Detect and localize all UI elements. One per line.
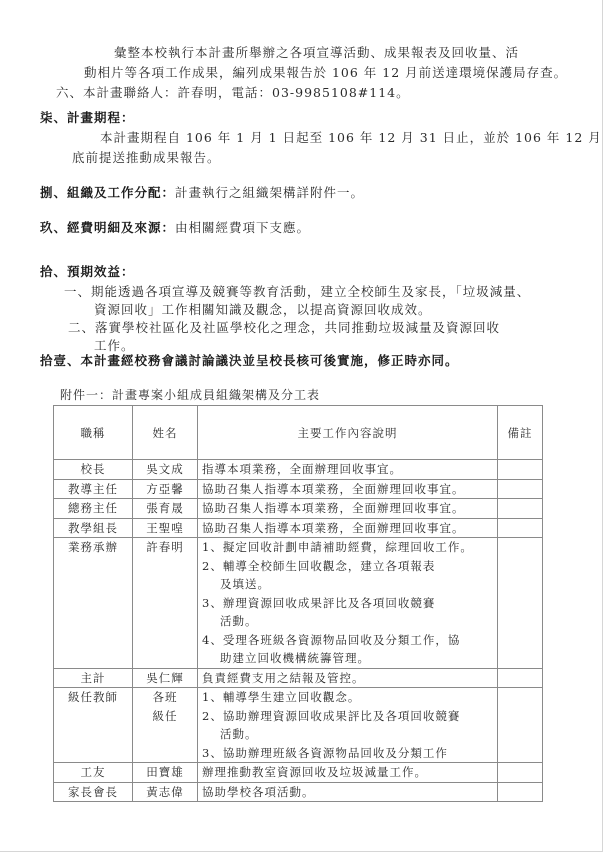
cell-title: 教學組長 bbox=[54, 518, 133, 538]
cell-notes bbox=[498, 518, 543, 538]
section-funding-body: 由相關經費項下支應。 bbox=[175, 220, 310, 235]
duty-line: 活動。 bbox=[202, 725, 493, 744]
duty-line: 2、輔導全校師生回收觀念，建立各項報表 bbox=[202, 557, 493, 576]
title-text: 教導主任 bbox=[58, 480, 128, 499]
duty-line: 負責經費支用之結報及管控。 bbox=[202, 669, 493, 688]
section-schedule-line2: 底前提送推動成果報告。 bbox=[72, 150, 221, 166]
section-approval: 拾壹、本計畫經校務會議討論議決並呈校長核可後實施，修正時亦同。 bbox=[40, 353, 459, 369]
title-text: 教學組長 bbox=[58, 519, 128, 538]
cell-duties: 指導本項業務，全面辦理回收事宜。 bbox=[198, 460, 498, 480]
cell-name: 田寶雄 bbox=[133, 763, 198, 783]
cell-duties: 協助學校各項活動。 bbox=[198, 782, 498, 802]
title-text: 主計 bbox=[58, 669, 128, 688]
section-benefits-heading: 拾、預期效益： bbox=[40, 264, 135, 280]
contact-person: 六、本計畫聯絡人：許春明，電話：03-9985108#114。 bbox=[56, 85, 410, 101]
cell-title: 主計 bbox=[54, 668, 133, 688]
cell-duties: 辦理推動教室資源回收及垃圾減量工作。 bbox=[198, 763, 498, 783]
paragraph-summary-line2: 動相片等各項工作成果，編列成果報告於 106 年 12 月前送達環境保護局存查。 bbox=[84, 65, 567, 81]
table-row: 總務主任張育晟協助召集人指導本項業務，全面辦理回收事宜。 bbox=[54, 499, 543, 519]
duty-line: 4、受理各班級各資源物品回收及分類工作，協 bbox=[202, 631, 493, 650]
cell-duties: 協助召集人指導本項業務，全面辦理回收事宜。 bbox=[198, 518, 498, 538]
document-page: 彙整本校執行本計畫所舉辦之各項宣導活動、成果報表及回收量、活 動相片等各項工作成… bbox=[0, 0, 603, 852]
cell-notes bbox=[498, 763, 543, 783]
duty-line: 1、輔導學生建立回收觀念。 bbox=[202, 688, 493, 707]
duty-line: 助建立回收機構統籌管理。 bbox=[202, 649, 493, 668]
duty-line: 辦理推動教室資源回收及垃圾減量工作。 bbox=[202, 763, 493, 782]
name-text: 級任 bbox=[137, 707, 193, 726]
cell-duties: 協助召集人指導本項業務，全面辦理回收事宜。 bbox=[198, 479, 498, 499]
name-text: 各班 bbox=[137, 688, 193, 707]
cell-name: 各班級任 bbox=[133, 688, 198, 763]
title-text: 工友 bbox=[58, 763, 128, 782]
cell-notes bbox=[498, 668, 543, 688]
cell-duties: 協助召集人指導本項業務，全面辦理回收事宜。 bbox=[198, 499, 498, 519]
organization-table: 職稱 姓名 主要工作內容說明 備註 校長吳文成指導本項業務，全面辦理回收事宜。教… bbox=[53, 405, 543, 802]
cell-notes bbox=[498, 460, 543, 480]
section-organization-body: 計畫執行之組織架構詳附件一。 bbox=[175, 185, 364, 200]
title-text: 級任教師 bbox=[58, 688, 128, 707]
name-text: 許春明 bbox=[137, 538, 193, 557]
cell-duties: 負責經費支用之結報及管控。 bbox=[198, 668, 498, 688]
cell-title: 總務主任 bbox=[54, 499, 133, 519]
cell-title: 業務承辦 bbox=[54, 538, 133, 669]
cell-title: 級任教師 bbox=[54, 688, 133, 763]
duty-line: 3、辦理資源回收成果評比及各項回收競賽 bbox=[202, 594, 493, 613]
section-schedule-line1: 本計畫期程自 106 年 1 月 1 日起至 106 年 12 月 31 日止，… bbox=[100, 130, 602, 146]
cell-notes bbox=[498, 782, 543, 802]
cell-notes bbox=[498, 499, 543, 519]
title-text: 業務承辦 bbox=[58, 538, 128, 557]
section-organization: 捌、組織及工作分配：計畫執行之組織架構詳附件一。 bbox=[40, 185, 364, 201]
name-text: 吳仁輝 bbox=[137, 669, 193, 688]
duty-line: 1、擬定回收計劃申請補助經費，綜理回收工作。 bbox=[202, 538, 493, 557]
duty-line: 協助召集人指導本項業務，全面辦理回收事宜。 bbox=[202, 499, 493, 518]
cell-name: 吳文成 bbox=[133, 460, 198, 480]
header-notes: 備註 bbox=[498, 406, 543, 460]
name-text: 張育晟 bbox=[137, 499, 193, 518]
header-duties: 主要工作內容說明 bbox=[198, 406, 498, 460]
section-funding-heading: 玖、經費明細及來源： bbox=[40, 220, 175, 235]
name-text: 方亞馨 bbox=[137, 480, 193, 499]
paragraph-summary-line1: 彙整本校執行本計畫所舉辦之各項宣導活動、成果報表及回收量、活 bbox=[114, 45, 519, 61]
cell-title: 教導主任 bbox=[54, 479, 133, 499]
title-text: 校長 bbox=[58, 460, 128, 479]
header-name: 姓名 bbox=[133, 406, 198, 460]
section-funding: 玖、經費明細及來源：由相關經費項下支應。 bbox=[40, 220, 310, 236]
cell-name: 許春明 bbox=[133, 538, 198, 669]
table-row: 工友田寶雄辦理推動教室資源回收及垃圾減量工作。 bbox=[54, 763, 543, 783]
cell-title: 校長 bbox=[54, 460, 133, 480]
section-schedule-heading: 柒、計畫期程： bbox=[40, 110, 135, 126]
name-text: 黃志偉 bbox=[137, 783, 193, 802]
cell-title: 工友 bbox=[54, 763, 133, 783]
benefit-item-2-line2: 工作。 bbox=[94, 338, 135, 354]
duty-line: 協助召集人指導本項業務，全面辦理回收事宜。 bbox=[202, 480, 493, 499]
benefit-item-1-line2: 資源回收」工作相關知識及觀念，以提高資源回收成效。 bbox=[94, 302, 432, 318]
benefit-item-2-line1: 二、落實學校社區化及社區學校化之理念，共同推動垃圾減量及資源回收 bbox=[68, 320, 500, 336]
table-row: 級任教師各班級任1、輔導學生建立回收觀念。2、協助辦理資源回收成果評比及各項回收… bbox=[54, 688, 543, 763]
duty-line: 2、協助辦理資源回收成果評比及各項回收競賽 bbox=[202, 707, 493, 726]
cell-duties: 1、輔導學生建立回收觀念。2、協助辦理資源回收成果評比及各項回收競賽活動。3、協… bbox=[198, 688, 498, 763]
cell-duties: 1、擬定回收計劃申請補助經費，綜理回收工作。2、輔導全校師生回收觀念，建立各項報… bbox=[198, 538, 498, 669]
benefit-item-1-line1: 一、期能透過各項宣導及競賽等教育活動，建立全校師生及家長，「垃圾減量、 bbox=[64, 284, 530, 300]
title-text: 家長會長 bbox=[58, 783, 128, 802]
cell-notes bbox=[498, 479, 543, 499]
duty-line: 指導本項業務，全面辦理回收事宜。 bbox=[202, 460, 493, 479]
duty-line: 協助召集人指導本項業務，全面辦理回收事宜。 bbox=[202, 519, 493, 538]
name-text: 王聖喤 bbox=[137, 519, 193, 538]
table-caption: 附件一：計畫專案小組成員組織架構及分工表 bbox=[60, 386, 320, 403]
name-text: 田寶雄 bbox=[137, 763, 193, 782]
table-row: 主計吳仁輝負責經費支用之結報及管控。 bbox=[54, 668, 543, 688]
duty-line: 協助學校各項活動。 bbox=[202, 783, 493, 802]
cell-name: 王聖喤 bbox=[133, 518, 198, 538]
table-header-row: 職稱 姓名 主要工作內容說明 備註 bbox=[54, 406, 543, 460]
name-text: 吳文成 bbox=[137, 460, 193, 479]
cell-notes bbox=[498, 688, 543, 763]
table-row: 教學組長王聖喤協助召集人指導本項業務，全面辦理回收事宜。 bbox=[54, 518, 543, 538]
cell-name: 黃志偉 bbox=[133, 782, 198, 802]
section-organization-heading: 捌、組織及工作分配： bbox=[40, 185, 175, 200]
duty-line: 及填送。 bbox=[202, 575, 493, 594]
table-row: 家長會長黃志偉協助學校各項活動。 bbox=[54, 782, 543, 802]
cell-name: 吳仁輝 bbox=[133, 668, 198, 688]
duty-line: 3、協助辦理班級各資源物品回收及分類工作 bbox=[202, 744, 493, 763]
cell-notes bbox=[498, 538, 543, 669]
duty-line: 活動。 bbox=[202, 612, 493, 631]
table-row: 業務承辦許春明1、擬定回收計劃申請補助經費，綜理回收工作。2、輔導全校師生回收觀… bbox=[54, 538, 543, 669]
cell-name: 張育晟 bbox=[133, 499, 198, 519]
table-row: 校長吳文成指導本項業務，全面辦理回收事宜。 bbox=[54, 460, 543, 480]
cell-title: 家長會長 bbox=[54, 782, 133, 802]
header-title: 職稱 bbox=[54, 406, 133, 460]
cell-name: 方亞馨 bbox=[133, 479, 198, 499]
table-row: 教導主任方亞馨協助召集人指導本項業務，全面辦理回收事宜。 bbox=[54, 479, 543, 499]
title-text: 總務主任 bbox=[58, 499, 128, 518]
